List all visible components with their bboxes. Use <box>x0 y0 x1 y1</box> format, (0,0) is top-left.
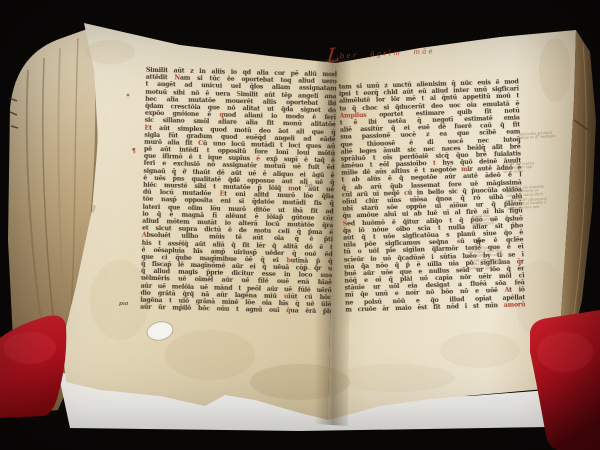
margin-annotation: di qd hocualet pro 2°phisicorum <box>472 214 496 227</box>
gutter-note: bñ <box>305 183 313 189</box>
manuscript-photo: Lber p̄grīm mãe Similit aūt z in aliis i… <box>0 0 600 450</box>
gutter-note: m~ <box>301 267 311 273</box>
right-page-text-column: tam si unū z unctū alienisim q̄ nūc euis… <box>339 78 526 313</box>
margin-annotation: nota qd oīs mutatiofit de cōtrario incōt… <box>506 185 547 211</box>
rubric-initial: L <box>327 48 341 63</box>
left-page-text-column: Similit aūt z in aliis io qd alia cor pē… <box>140 67 337 316</box>
annotation-line: phisicorum <box>472 222 496 227</box>
margin-annotation: hic dr qd motusnō ē nisi in tpeut pt inf… <box>503 162 535 175</box>
velvet-highlight <box>537 332 593 372</box>
margin-pilcrow: ¶ <box>132 148 136 155</box>
velvet-highlight <box>4 332 56 364</box>
rubricated-letter: amorū <box>504 301 526 309</box>
bottom-margin-note: pīa <box>119 301 129 307</box>
margin-quaestio-sign: q̄ <box>476 237 481 246</box>
margin-annotation: dr qd illud capmnō habet uim niside mōti… <box>468 246 504 272</box>
